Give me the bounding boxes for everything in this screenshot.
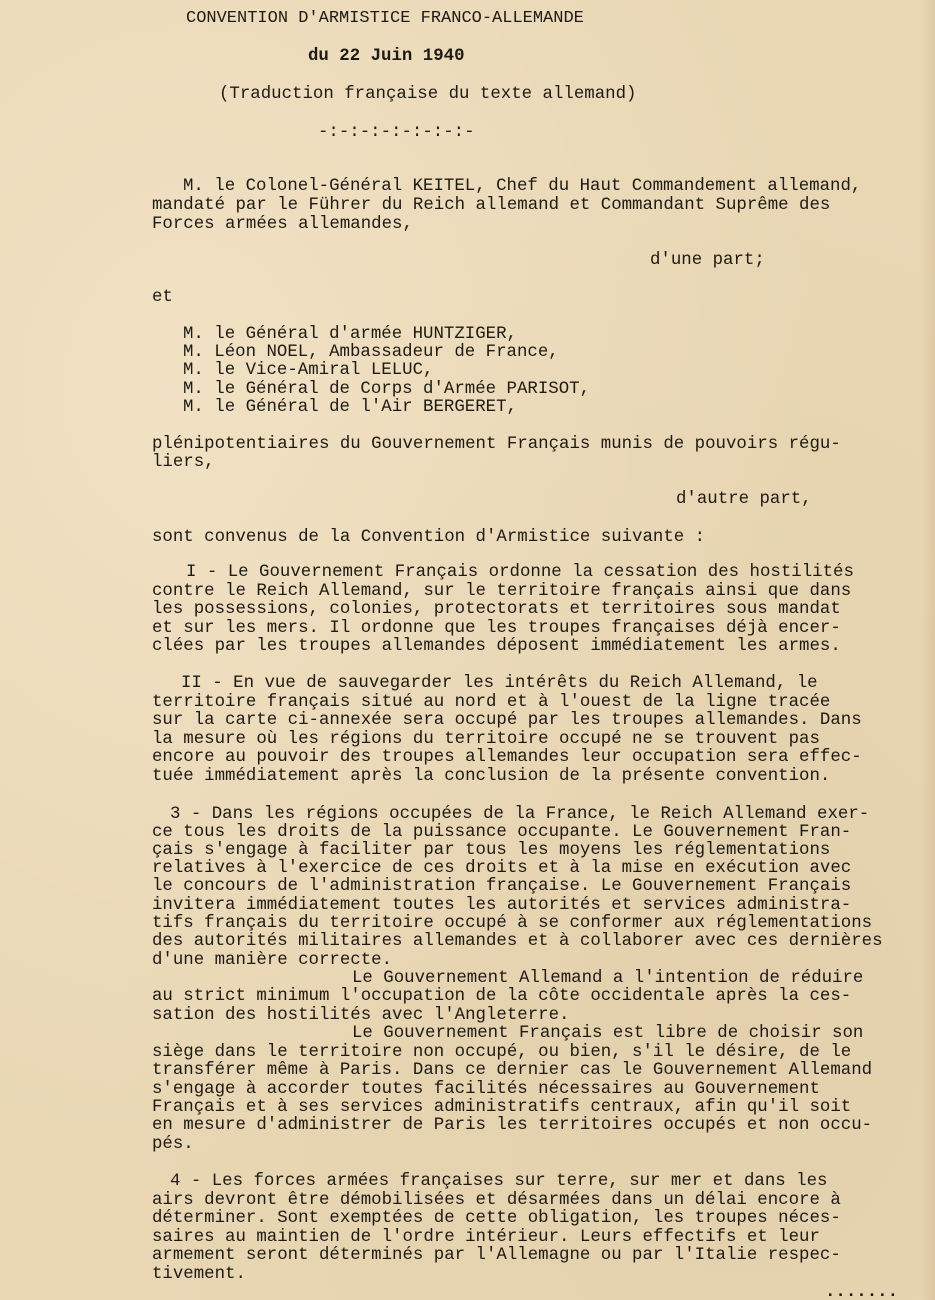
text-line: les possessions, colonies, protectorats … xyxy=(152,600,841,619)
text-line: çais s'engage à faciliter par tous les m… xyxy=(152,841,830,860)
french-party-suffix: d'autre part, xyxy=(676,490,812,509)
document-page: CONVENTION D'ARMISTICE FRANCO-ALLEMANDE … xyxy=(0,0,935,1300)
text-line: Français et à ses services administratif… xyxy=(152,1098,851,1117)
header-separator: -:-:-:-:-:-:-:- xyxy=(318,123,475,142)
text-line: liers, xyxy=(152,453,215,472)
delegate-item: M. le Général de Corps d'Armée PARISOT, xyxy=(183,380,590,399)
agreement-line: sont convenus de la Convention d'Armisti… xyxy=(152,528,705,547)
text-line: 4 - Les forces armées françaises sur ter… xyxy=(170,1172,827,1191)
text-line: tuée immédiatement après la conclusion d… xyxy=(152,767,830,786)
text-line: invitera immédiatement toutes les autori… xyxy=(152,896,851,915)
text-line: transférer même à Paris. Dans ce dernier… xyxy=(152,1061,872,1080)
text-line: Le Gouvernement Allemand a l'intention d… xyxy=(352,969,863,988)
delegate-item: M. le Général de l'Air BERGERET, xyxy=(183,398,517,417)
text-line: sur la carte ci-annexée sera occupé par … xyxy=(152,711,862,730)
text-line: Forces armées allemandes, xyxy=(152,215,413,234)
text-line: contre le Reich Allemand, sur le territo… xyxy=(152,582,851,601)
delegate-item: M. le Vice-Amiral LELUC, xyxy=(183,361,433,380)
text-line: mandaté par le Führer du Reich allemand … xyxy=(152,196,830,215)
continuation-mark: ....... xyxy=(825,1283,898,1300)
delegate-item: M. le Général d'armée HUNTZIGER, xyxy=(183,325,517,344)
text-line: d'une manière correcte. xyxy=(152,951,392,970)
text-line: ce tous les droits de la puissance occup… xyxy=(152,823,851,842)
text-line: 3 - Dans les régions occupées de la Fran… xyxy=(170,805,869,824)
text-line: territoire français situé au nord et à l… xyxy=(152,693,830,712)
german-party-suffix: d'une part; xyxy=(650,251,765,270)
text-line: en mesure d'administrer de Paris les ter… xyxy=(152,1116,872,1135)
text-line: déterminer. Sont exemptées de cette obli… xyxy=(152,1209,841,1228)
text-line: saires au maintien de l'ordre intérieur.… xyxy=(152,1228,820,1247)
conjunction: et xyxy=(152,288,173,307)
paper-edge xyxy=(921,0,935,1300)
text-line: s'engage à accorder toutes facilités néc… xyxy=(152,1080,820,1099)
text-line: airs devront être démobilisées et désarm… xyxy=(152,1191,841,1210)
text-line: des autorités militaires allemandes et à… xyxy=(152,932,883,951)
text-line: I - Le Gouvernement Français ordonne la … xyxy=(186,563,854,582)
text-line: tivement. xyxy=(152,1265,246,1284)
text-line: pés. xyxy=(152,1135,194,1154)
text-line: armement seront déterminés par l'Allemag… xyxy=(152,1246,841,1265)
document-title: CONVENTION D'ARMISTICE FRANCO-ALLEMANDE xyxy=(186,9,584,28)
text-line: et sur les mers. Il ordonne que les trou… xyxy=(152,619,841,638)
text-line: plénipotentiaires du Gouvernement França… xyxy=(152,435,841,454)
text-line: tifs français du territoire occupé à se … xyxy=(152,914,872,933)
text-line: au strict minimum l'occupation de la côt… xyxy=(152,987,851,1006)
text-line: sation des hostilités avec l'Angleterre. xyxy=(152,1006,569,1025)
document-subtitle: (Traduction française du texte allemand) xyxy=(219,85,636,104)
document-date: du 22 Juin 1940 xyxy=(308,47,465,66)
text-line: la mesure où les régions du territoire o… xyxy=(152,730,820,749)
delegate-item: M. Léon NOEL, Ambassadeur de France, xyxy=(183,343,559,362)
text-line: le concours de l'administration français… xyxy=(152,877,851,896)
text-line: M. le Colonel-Général KEITEL, Chef du Ha… xyxy=(183,177,861,196)
text-line: relatives à l'exercice de ces droits et … xyxy=(152,859,851,878)
text-line: II - En vue de sauvegarder les intérêts … xyxy=(181,674,818,693)
text-line: clées par les troupes allemandes déposen… xyxy=(152,637,841,656)
text-line: Le Gouvernement Français est libre de ch… xyxy=(352,1024,863,1043)
text-line: encore au pouvoir des troupes allemandes… xyxy=(152,748,862,767)
text-line: siège dans le territoire non occupé, ou … xyxy=(152,1043,851,1062)
